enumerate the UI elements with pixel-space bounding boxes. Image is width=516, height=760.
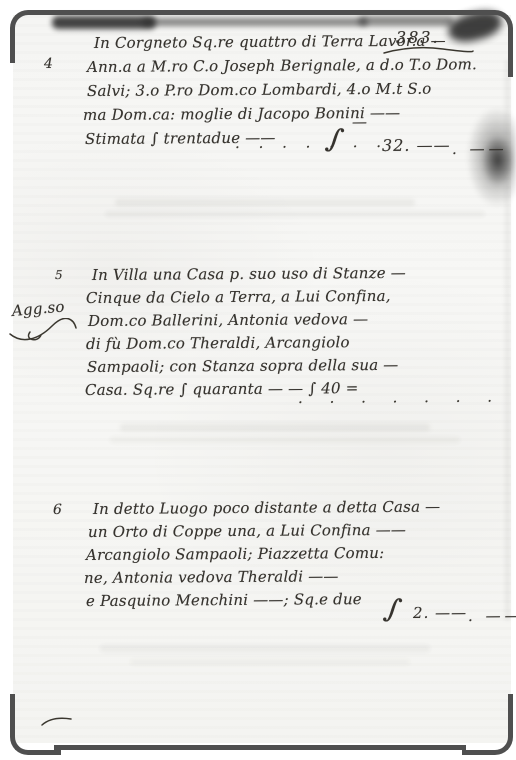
entry-number: 6	[53, 502, 62, 518]
scan-frame-corner	[462, 10, 513, 77]
entry-line: un Orto di Coppe una, a Lui Confina ——	[88, 521, 406, 541]
entry-line: ne, Antonia vedova Theraldi ——	[84, 567, 339, 587]
leader-dots: . . . . . . . . .	[298, 387, 516, 407]
scan-frame-corner	[462, 694, 513, 755]
scan-frame-edge	[54, 10, 466, 15]
manuscript-scan-page: 383. 4 In Corgneto Sq.re quattro di Terr…	[0, 0, 516, 760]
entry-line: Arcangiolo Sampaoli; Piazzetta Comu:	[86, 544, 385, 564]
entry-line: Salvi; 3.o P.ro Dom.co Lombardi, 4.o M.t…	[87, 80, 432, 100]
scan-frame-edge	[54, 745, 466, 750]
margin-note-flourish-decoration	[8, 318, 80, 342]
entry-line: In detto Luogo poco distante a detta Cas…	[93, 498, 440, 518]
amount-trailing-dash: . ——	[468, 607, 516, 625]
entry-amount: 32. ——	[382, 136, 451, 155]
entry-line: di fù Dom.co Theraldi, Arcangiolo	[86, 333, 350, 353]
amount-trailing-dash: . ——	[452, 140, 508, 158]
entry-line: Ann.a a M.ro C.o Joseph Berignale, a d.o…	[87, 55, 477, 76]
entry-line: In Villa una Casa p. suo uso di Stanze —	[92, 264, 406, 284]
entry-line: Sampaoli; con Stanza sopra della sua —	[87, 356, 399, 376]
entry-line: Dom.co Ballerini, Antonia vedova —	[88, 310, 368, 330]
entry-line: In Corgneto Sq.re quattro di Terra Lavor…	[94, 32, 446, 52]
overline-mark: —	[352, 113, 367, 131]
scan-frame-corner	[10, 10, 61, 63]
entry-line: Cinque da Cielo a Terra, a Lui Confina,	[86, 287, 391, 307]
entry-number: 5	[55, 268, 63, 282]
entry-amount: 2. ——	[413, 604, 467, 622]
entry-line: e Pasquino Menchini ——; Sq.e due	[86, 590, 362, 610]
leader-dots: . . . . . . .	[235, 133, 388, 152]
